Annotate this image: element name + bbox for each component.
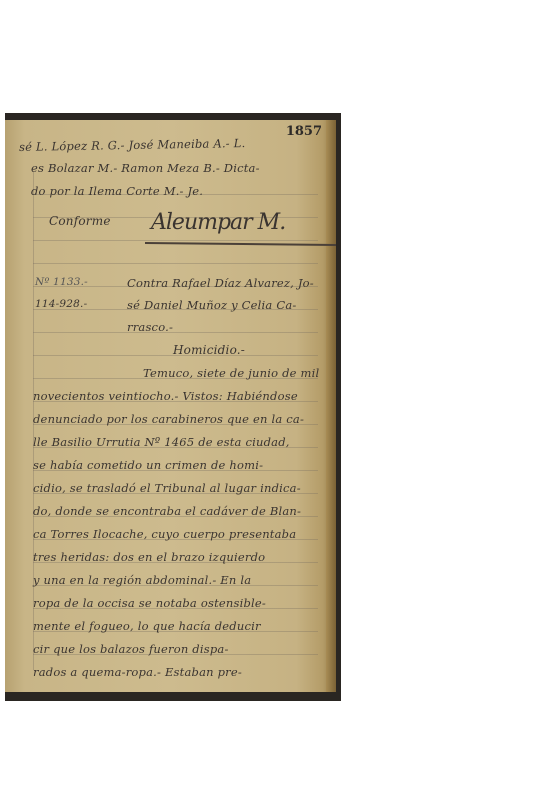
body-line: ropa de la occisa se notaba ostensible-	[33, 596, 266, 610]
case-title-line: sé Daniel Muñoz y Celia Ca-	[127, 298, 296, 312]
body-line: Temuco, siete de junio de mil	[143, 366, 319, 380]
body-line: cir que los balazos fueron dispa-	[33, 642, 229, 656]
body-line: denunciado por los carabineros que en la…	[33, 412, 304, 426]
body-line: lle Basilio Urrutia Nº 1465 de esta ciud…	[33, 435, 290, 449]
header-line: do por la Ilema Corte M.- Je.	[31, 184, 203, 198]
scanned-page: 1857 sé L. López R. G.- José Maneiba A.-…	[5, 113, 341, 701]
case-reference: 114-928.-	[35, 298, 87, 310]
body-line: ca Torres Ilocache, cuyo cuerpo presenta…	[33, 527, 296, 541]
page-gutter	[326, 120, 336, 692]
case-title-line: Contra Rafael Díaz Alvarez, Jo-	[127, 276, 314, 290]
body-line: tres heridas: dos en el brazo izquierdo	[33, 550, 265, 564]
body-line: mente el fogueo, lo que hacía deducir	[33, 619, 261, 633]
page-number: 1857	[286, 124, 322, 139]
body-line: do, donde se encontraba el cadáver de Bl…	[33, 504, 301, 518]
header-line: es Bolazar M.- Ramon Meza B.- Dicta-	[31, 161, 260, 175]
body-line: se había cometido un crimen de homi-	[33, 458, 263, 472]
body-line: cidio, se trasladó el Tribunal al lugar …	[33, 481, 301, 495]
body-line: y una en la región abdominal.- En la	[33, 573, 251, 587]
header-line: sé L. López R. G.- José Maneiba A.- L.	[19, 136, 246, 154]
body-line: novecientos veintiocho.- Vistos: Habiénd…	[33, 389, 298, 403]
signature: Aleumpar M.	[151, 210, 285, 235]
case-title-line: rrasco.-	[127, 320, 173, 334]
ledger-page: 1857 sé L. López R. G.- José Maneiba A.-…	[5, 120, 336, 692]
case-type: Homicidio.-	[173, 343, 245, 357]
conforme-label: Conforme	[49, 214, 111, 228]
body-line: rados a quema-ropa.- Estaban pre-	[33, 665, 242, 679]
case-number: Nº 1133.-	[35, 276, 88, 288]
